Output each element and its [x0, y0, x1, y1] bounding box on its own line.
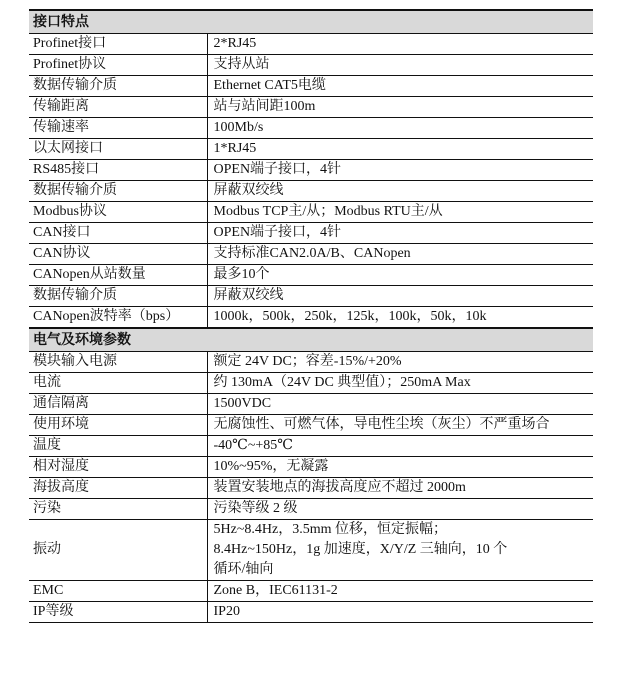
row-value: 装置安装地点的海拔高度应不超过 2000m: [207, 478, 593, 499]
table-row: 温度-40℃~+85℃: [29, 436, 593, 457]
row-value: 1000k，500k，250k，125k，100k，50k，10k: [207, 307, 593, 329]
section-title: 电气及环境参数: [29, 328, 593, 352]
table-row: 数据传输介质Ethernet CAT5电缆: [29, 76, 593, 97]
row-value: 无腐蚀性、可燃气体，导电性尘埃（灰尘）不严重场合: [207, 415, 593, 436]
row-label: CANopen从站数量: [29, 265, 207, 286]
row-label: Modbus协议: [29, 202, 207, 223]
row-label: 通信隔离: [29, 394, 207, 415]
row-value: Ethernet CAT5电缆: [207, 76, 593, 97]
table-row: 以太网接口1*RJ45: [29, 139, 593, 160]
row-value: 屏蔽双绞线: [207, 181, 593, 202]
row-label: 传输距离: [29, 97, 207, 118]
row-label: CAN协议: [29, 244, 207, 265]
table-row: Profinet协议支持从站: [29, 55, 593, 76]
row-value: 额定 24V DC；容差-15%/+20%: [207, 352, 593, 373]
table-row: Profinet接口2*RJ45: [29, 34, 593, 55]
row-value: 2*RJ45: [207, 34, 593, 55]
section-title: 接口特点: [29, 10, 593, 34]
section-header-row: 接口特点: [29, 10, 593, 34]
table-row: CANopen波特率（bps）1000k，500k，250k，125k，100k…: [29, 307, 593, 329]
table-row: 通信隔离1500VDC: [29, 394, 593, 415]
table-row: RS485接口OPEN端子接口，4针: [29, 160, 593, 181]
table-row: CAN接口OPEN端子接口，4针: [29, 223, 593, 244]
table-row: CAN协议支持标准CAN2.0A/B、CANopen: [29, 244, 593, 265]
row-value-line: 5Hz~8.4Hz，3.5mm 位移，恒定振幅；: [214, 520, 590, 540]
row-value-line: 循环/轴向: [214, 560, 590, 580]
row-value: 支持从站: [207, 55, 593, 76]
table-row: CANopen从站数量最多10个: [29, 265, 593, 286]
row-label: 传输速率: [29, 118, 207, 139]
row-label: Profinet协议: [29, 55, 207, 76]
row-value: 1500VDC: [207, 394, 593, 415]
row-label: CANopen波特率（bps）: [29, 307, 207, 329]
row-value: 10%~95%，无凝露: [207, 457, 593, 478]
row-value-line: 8.4Hz~150Hz，1g 加速度，X/Y/Z 三轴向，10 个: [214, 540, 590, 560]
row-value: 屏蔽双绞线: [207, 286, 593, 307]
table-row: 振动5Hz~8.4Hz，3.5mm 位移，恒定振幅；8.4Hz~150Hz，1g…: [29, 520, 593, 581]
row-value: Modbus TCP主/从；Modbus RTU主/从: [207, 202, 593, 223]
row-value: IP20: [207, 602, 593, 623]
row-label: 电流: [29, 373, 207, 394]
table-row: 使用环境无腐蚀性、可燃气体，导电性尘埃（灰尘）不严重场合: [29, 415, 593, 436]
row-label: 海拔高度: [29, 478, 207, 499]
table-row: 数据传输介质屏蔽双绞线: [29, 286, 593, 307]
row-value: 5Hz~8.4Hz，3.5mm 位移，恒定振幅；8.4Hz~150Hz，1g 加…: [207, 520, 593, 581]
row-label: 数据传输介质: [29, 286, 207, 307]
row-value: 支持标准CAN2.0A/B、CANopen: [207, 244, 593, 265]
row-label: 使用环境: [29, 415, 207, 436]
row-label: Profinet接口: [29, 34, 207, 55]
row-label: CAN接口: [29, 223, 207, 244]
table-row: 数据传输介质屏蔽双绞线: [29, 181, 593, 202]
row-label: 振动: [29, 520, 207, 581]
section-header-row: 电气及环境参数: [29, 328, 593, 352]
row-value: 1*RJ45: [207, 139, 593, 160]
table-row: 传输速率100Mb/s: [29, 118, 593, 139]
table-row: 传输距离站与站间距100m: [29, 97, 593, 118]
row-label: 以太网接口: [29, 139, 207, 160]
row-value: 污染等级 2 级: [207, 499, 593, 520]
table-row: 相对湿度10%~95%，无凝露: [29, 457, 593, 478]
row-value: OPEN端子接口，4针: [207, 223, 593, 244]
row-label: 相对湿度: [29, 457, 207, 478]
table-row: 海拔高度装置安装地点的海拔高度应不超过 2000m: [29, 478, 593, 499]
row-label: EMC: [29, 581, 207, 602]
table-row: EMCZone B，IEC61131-2: [29, 581, 593, 602]
row-label: 温度: [29, 436, 207, 457]
row-label: 模块输入电源: [29, 352, 207, 373]
spec-table: 接口特点Profinet接口2*RJ45Profinet协议支持从站数据传输介质…: [29, 9, 593, 623]
spec-table-body: 接口特点Profinet接口2*RJ45Profinet协议支持从站数据传输介质…: [29, 10, 593, 623]
table-row: 电流约 130mA（24V DC 典型值）；250mA Max: [29, 373, 593, 394]
table-row: Modbus协议Modbus TCP主/从；Modbus RTU主/从: [29, 202, 593, 223]
row-label: 数据传输介质: [29, 181, 207, 202]
row-value: 最多10个: [207, 265, 593, 286]
row-value: -40℃~+85℃: [207, 436, 593, 457]
row-value: Zone B，IEC61131-2: [207, 581, 593, 602]
row-label: IP等级: [29, 602, 207, 623]
table-row: IP等级IP20: [29, 602, 593, 623]
row-value: 约 130mA（24V DC 典型值）；250mA Max: [207, 373, 593, 394]
row-value: 100Mb/s: [207, 118, 593, 139]
row-value: 站与站间距100m: [207, 97, 593, 118]
table-row: 模块输入电源额定 24V DC；容差-15%/+20%: [29, 352, 593, 373]
row-label: 数据传输介质: [29, 76, 207, 97]
row-label: 污染: [29, 499, 207, 520]
table-row: 污染污染等级 2 级: [29, 499, 593, 520]
row-value: OPEN端子接口，4针: [207, 160, 593, 181]
row-label: RS485接口: [29, 160, 207, 181]
